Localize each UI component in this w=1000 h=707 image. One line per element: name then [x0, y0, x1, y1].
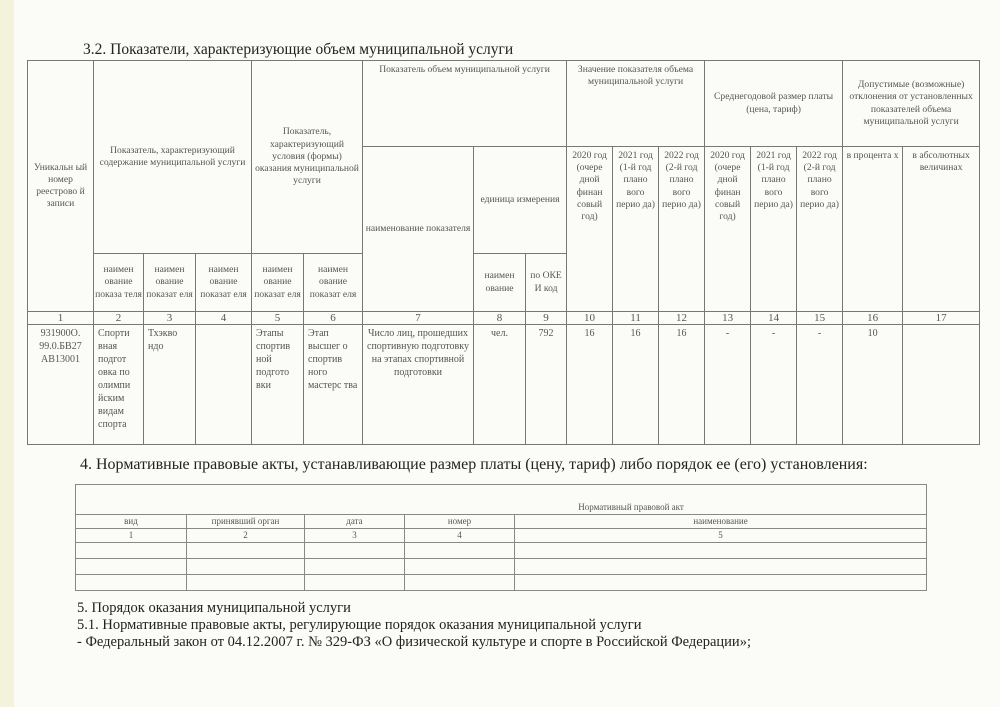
column-number: 1	[28, 312, 94, 325]
cell-value-2022: 16	[659, 325, 705, 445]
header-indicator-name: наименование показателя	[363, 147, 474, 312]
header-avg-fee: Среднегодовой размер платы (цена, тариф)	[705, 61, 843, 147]
column-number: 2	[94, 312, 144, 325]
section-5-title: 5. Порядок оказания муниципальной услуги	[77, 600, 351, 617]
table-row	[76, 558, 927, 574]
header-condition-name-1: наимен ование показат еля	[252, 254, 304, 312]
header-content-name-2: наимен ование показат еля	[144, 254, 196, 312]
column-number: 3	[305, 528, 405, 542]
header-value-2021: 2021 год (1-й год плано вого перио да)	[613, 147, 659, 312]
column-number: 13	[705, 312, 751, 325]
section-5-1-title: 5.1. Нормативные правовые акты, регулиру…	[77, 617, 641, 634]
column-number: 2	[187, 528, 305, 542]
cell-fee-2021: -	[751, 325, 797, 445]
column-number: 10	[567, 312, 613, 325]
acts-col-authority: принявший орган	[187, 514, 305, 528]
cell-indicator-name: Число лиц, прошедших спортивную подготов…	[363, 325, 474, 445]
cell-value-2021: 16	[613, 325, 659, 445]
column-number: 3	[144, 312, 196, 325]
cell-okei-code: 792	[526, 325, 567, 445]
column-number: 17	[903, 312, 980, 325]
column-number: 7	[363, 312, 474, 325]
header-fee-2021: 2021 год (1-й год плано вого перио да)	[751, 147, 797, 312]
header-unique-number: Уникальн ый номер реестрово й записи	[28, 61, 94, 312]
column-number: 15	[797, 312, 843, 325]
volume-indicators-table: Уникальн ый номер реестрово й записи Пок…	[27, 60, 980, 445]
column-number: 11	[613, 312, 659, 325]
header-condition-name-2: наимен ование показат еля	[304, 254, 363, 312]
acts-table-header: Нормативный правовой акт	[76, 501, 927, 515]
section-4-title: 4. Нормативные правовые акты, устанавлив…	[80, 456, 868, 474]
column-number: 4	[405, 528, 515, 542]
column-number: 6	[304, 312, 363, 325]
header-okei-code: по ОКЕ И код	[526, 254, 567, 312]
header-content-name-1: наимен ование показа теля	[94, 254, 144, 312]
header-deviations: Допустимые (возможные) отклонения от уст…	[843, 61, 980, 147]
table-row: 931900О. 99.0.БВ27 АВ13001 Спорти вная п…	[28, 325, 980, 445]
column-number: 14	[751, 312, 797, 325]
federal-law-reference: - Федеральный закон от 04.12.2007 г. № 3…	[77, 634, 751, 651]
table-row	[76, 542, 927, 558]
cell-unique-number: 931900О. 99.0.БВ27 АВ13001	[28, 325, 94, 445]
cell-condition-2: Этап высшег о спортив ного мастерс тва	[304, 325, 363, 445]
header-fee-2020: 2020 год (очере дной финан совый год)	[705, 147, 751, 312]
header-unit: единица измерения	[474, 147, 567, 254]
header-in-percent: в процента х	[843, 147, 903, 312]
cell-fee-2020: -	[705, 325, 751, 445]
column-number: 1	[76, 528, 187, 542]
column-number: 8	[474, 312, 526, 325]
section-3-2-title: 3.2. Показатели, характеризующие объем м…	[83, 41, 513, 59]
cell-value-2020: 16	[567, 325, 613, 445]
column-numbers-row: 1 2 3 4 5 6 7 8 9 10 11 12 13 14 15 16 1…	[28, 312, 980, 325]
header-fee-2022: 2022 год (2-й год плано вого перио да)	[797, 147, 843, 312]
header-volume-value: Значение показателя объема муниципальной…	[567, 61, 705, 147]
header-content-indicator: Показатель, характеризующий содержание м…	[94, 61, 252, 254]
acts-col-number: номер	[405, 514, 515, 528]
cell-deviation-absolute	[903, 325, 980, 445]
cell-content-1: Спорти вная подгот овка по олимпи йским …	[94, 325, 144, 445]
acts-col-date: дата	[305, 514, 405, 528]
column-number: 9	[526, 312, 567, 325]
header-content-name-3: наимен ование показат еля	[196, 254, 252, 312]
header-conditions-indicator: Показатель, характеризующий условия (фор…	[252, 61, 363, 254]
acts-col-type: вид	[76, 514, 187, 528]
header-value-2020: 2020 год (очере дной финан совый год)	[567, 147, 613, 312]
header-unit-name: наимен ование	[474, 254, 526, 312]
cell-deviation-percent: 10	[843, 325, 903, 445]
header-volume-indicator: Показатель объем муниципальной услуги	[363, 61, 567, 147]
cell-unit-name: чел.	[474, 325, 526, 445]
cell-fee-2022: -	[797, 325, 843, 445]
acts-col-name: наименование	[515, 514, 927, 528]
column-number: 5	[515, 528, 927, 542]
scan-edge	[0, 0, 14, 707]
table-row	[76, 574, 927, 590]
column-number: 5	[252, 312, 304, 325]
column-number: 4	[196, 312, 252, 325]
cell-content-2: Тхэкво ндо	[144, 325, 196, 445]
header-value-2022: 2022 год (2-й год плано вого перио да)	[659, 147, 705, 312]
legal-acts-table: Нормативный правовой акт вид принявший о…	[75, 484, 927, 591]
column-number: 12	[659, 312, 705, 325]
cell-condition-1: Этапы спортив ной подгото вки	[252, 325, 304, 445]
header-in-absolute: в абсолютных величинах	[903, 147, 980, 312]
column-number: 16	[843, 312, 903, 325]
cell-content-3	[196, 325, 252, 445]
